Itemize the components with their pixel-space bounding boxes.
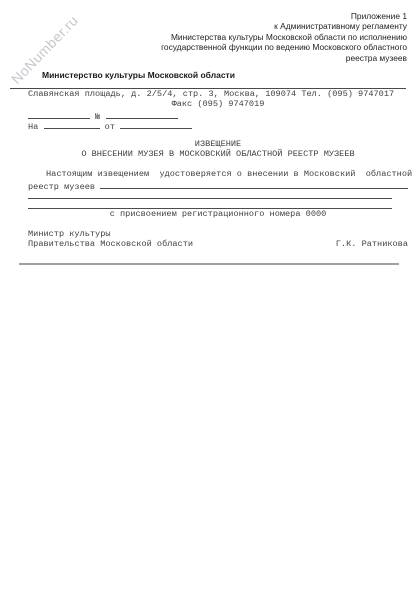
signature-line: Правительства Московской областиГ.К. Рат… bbox=[28, 239, 408, 249]
spacer bbox=[28, 219, 408, 229]
fax-line: Факс (095) 9747019 bbox=[28, 99, 408, 109]
reference-number-blank bbox=[44, 119, 100, 129]
signature-post-line-1: Министр культуры bbox=[28, 229, 408, 239]
reference-line: На от bbox=[28, 119, 408, 129]
notice-paragraph: Настоящим извещением удостоверяется о вн… bbox=[28, 169, 408, 179]
blank-rule-line bbox=[28, 199, 408, 209]
museum-name-blank bbox=[100, 179, 408, 189]
notice-subtitle: О ВНЕСЕНИИ МУЗЕЯ В МОСКОВСКИЙ ОБЛАСТНОЙ … bbox=[53, 149, 383, 159]
address-line: Славянская площадь, д. 2/5/4, стр. 3, Мо… bbox=[28, 89, 408, 99]
document-page: NoNumber.ru Приложение 1 к Административ… bbox=[0, 0, 420, 600]
reference-date-blank bbox=[120, 119, 192, 129]
spacer bbox=[28, 159, 408, 169]
signature-name: Г.К. Ратникова bbox=[336, 239, 408, 249]
signature-post-line-2: Правительства Московской области bbox=[28, 239, 193, 249]
registration-number-line: с присвоением регистрационного номера 00… bbox=[28, 209, 408, 219]
from-label: от bbox=[105, 122, 115, 132]
spacer bbox=[28, 129, 408, 139]
document-body: Славянская площадь, д. 2/5/4, стр. 3, Мо… bbox=[28, 89, 408, 249]
on-label: На bbox=[28, 122, 38, 132]
ministry-name: Министерство культуры Московской области bbox=[42, 70, 235, 80]
outgoing-number-blank bbox=[106, 109, 178, 119]
notice-title: ИЗВЕЩЕНИЕ bbox=[53, 139, 383, 149]
outgoing-number-line: № bbox=[28, 109, 408, 119]
museum-name-blank-3 bbox=[28, 199, 392, 209]
blank-rule-line bbox=[28, 189, 408, 199]
outgoing-date-blank bbox=[28, 109, 90, 119]
museum-name-blank-2 bbox=[28, 189, 392, 199]
registry-blank-line: реестр музеев bbox=[28, 179, 408, 189]
appendix-header: Приложение 1 к Административному регламе… bbox=[161, 11, 407, 63]
footer-divider bbox=[19, 263, 399, 265]
